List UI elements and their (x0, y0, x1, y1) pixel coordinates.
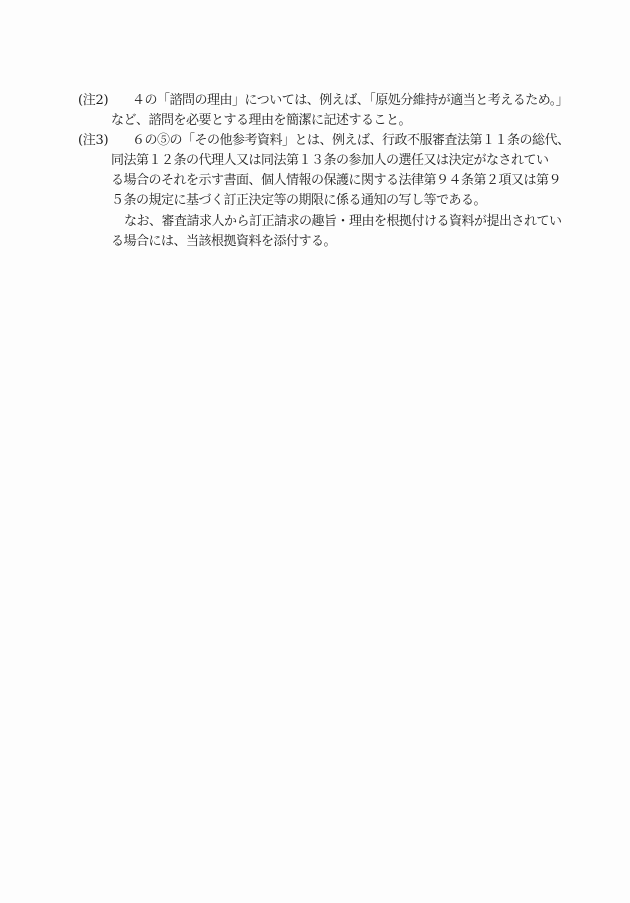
note-label: (注3) (78, 131, 111, 151)
note-line: なお、審査請求人から訂正請求の趣旨・理由を根拠付ける資料が提出されてい (111, 212, 598, 232)
note-label: (注2) (78, 91, 111, 111)
note-line: ５条の規定に基づく訂正決定等の期限に係る通知の写し等である。 (111, 191, 598, 211)
note-line: ６の⑤の「その他参考資料」とは、例えば、行政不服審査法第１１条の総代、 (111, 131, 598, 151)
note-line: など、諮問を必要とする理由を簡潔に記述すること。 (111, 111, 598, 131)
note-body: ６の⑤の「その他参考資料」とは、例えば、行政不服審査法第１１条の総代、 同法第１… (111, 131, 598, 252)
note-line: る場合には、当該根拠資料を添付する。 (111, 232, 598, 252)
note-body: ４の「諮問の理由」については、例えば、「原処分維持が適当と考えるため。」 など、… (111, 91, 598, 131)
notes-section: (注2) ４の「諮問の理由」については、例えば、「原処分維持が適当と考えるため。… (78, 91, 598, 252)
note-line: 同法第１２条の代理人又は同法第１３条の参加人の選任又は決定がなされてい (111, 151, 598, 171)
note-item: (注3) ６の⑤の「その他参考資料」とは、例えば、行政不服審査法第１１条の総代、… (78, 131, 598, 252)
note-line: る場合のそれを示す書面、個人情報の保護に関する法律第９４条第２項又は第９ (111, 171, 598, 191)
note-line: ４の「諮問の理由」については、例えば、「原処分維持が適当と考えるため。」 (111, 91, 598, 111)
note-item: (注2) ４の「諮問の理由」については、例えば、「原処分維持が適当と考えるため。… (78, 91, 598, 131)
document-page: (注2) ４の「諮問の理由」については、例えば、「原処分維持が適当と考えるため。… (0, 0, 630, 903)
